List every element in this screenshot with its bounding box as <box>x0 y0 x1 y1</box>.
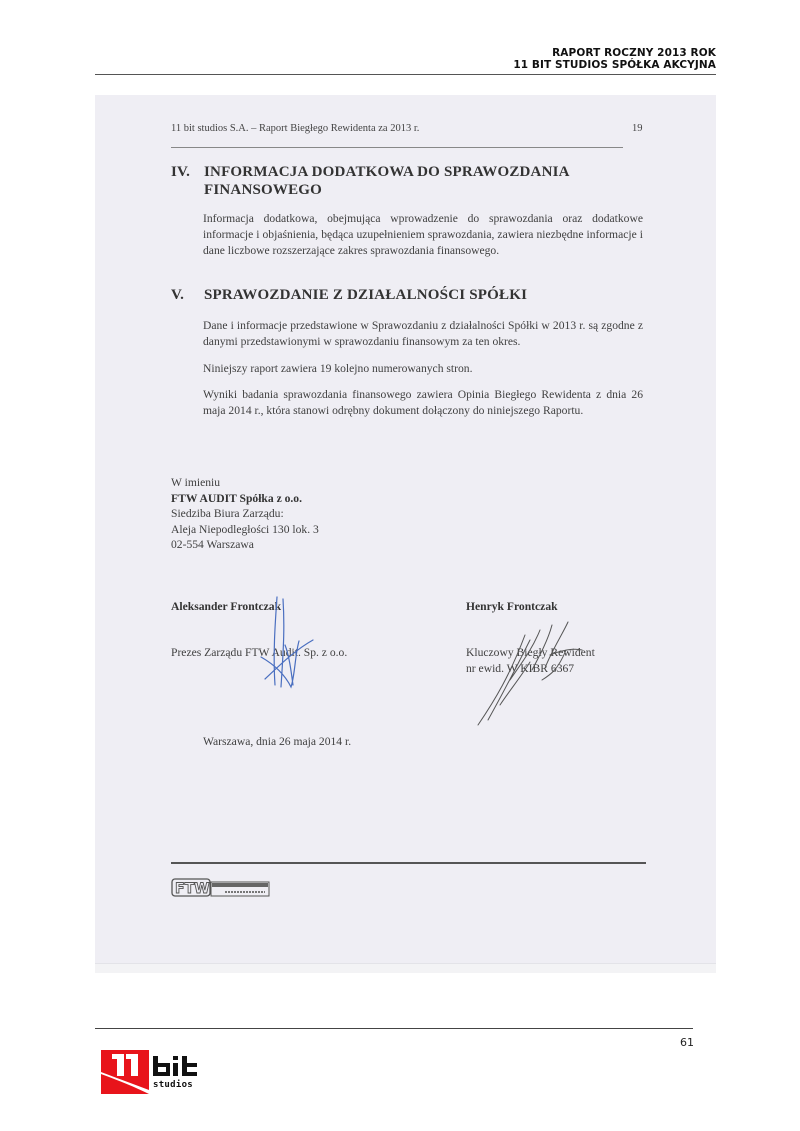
signatory-2-role-line2: nr ewid. W KIBR 6367 <box>466 661 595 677</box>
signatory-1-name: Aleksander Frontczak <box>171 600 281 613</box>
section-4-paragraph: Informacja dodatkowa, obejmująca wprowad… <box>203 211 643 259</box>
street-address: Aleja Niepodległości 130 lok. 3 <box>171 522 319 538</box>
signatory-2-role-line1: Kluczowy Biegły Rewident <box>466 645 595 661</box>
svg-text:FTW: FTW <box>175 881 210 897</box>
section-4-title: INFORMACJA DODATKOWA DO SPRAWOZDANIA FIN… <box>204 163 604 199</box>
city-address: 02-554 Warszawa <box>171 537 319 553</box>
header-divider <box>95 74 716 75</box>
scanned-page-edge <box>95 963 716 973</box>
scan-page-number: 19 <box>632 123 643 134</box>
ftw-audit-logo-icon: FTW <box>171 876 271 900</box>
section-5-paragraph-3: Wyniki badania sprawozdania finansowego … <box>203 387 643 419</box>
signatory-2-role: Kluczowy Biegły Rewident nr ewid. W KIBR… <box>466 645 595 676</box>
signing-date: Warszawa, dnia 26 maja 2014 r. <box>203 735 351 748</box>
auditor-address: W imieniu FTW AUDIT Spółka z o.o. Siedzi… <box>171 475 319 553</box>
11bit-studios-logo-icon: studios <box>95 1046 225 1094</box>
section-5-paragraph-1: Dane i informacje przedstawione w Sprawo… <box>203 318 643 350</box>
report-header-line2: 11 BIT STUDIOS SPÓŁKA AKCYJNA <box>513 59 716 71</box>
svg-text:studios: studios <box>153 1079 193 1090</box>
report-header: RAPORT ROCZNY 2013 ROK 11 BIT STUDIOS SP… <box>513 47 716 71</box>
auditor-company: FTW AUDIT Spółka z o.o. <box>171 491 319 507</box>
signatory-2-name: Henryk Frontczak <box>466 600 558 613</box>
footer-divider <box>95 1028 693 1029</box>
section-4-number: IV. <box>171 163 190 181</box>
scan-header-divider <box>171 147 623 148</box>
signatory-1-role: Prezes Zarządu FTW Audit. Sp. z o.o. <box>171 645 347 661</box>
section-5-paragraph-2: Niniejszy raport zawiera 19 kolejno nume… <box>203 361 643 377</box>
report-header-line1: RAPORT ROCZNY 2013 ROK <box>513 47 716 59</box>
office-label: Siedziba Biura Zarządu: <box>171 506 319 522</box>
scan-running-header: 11 bit studios S.A. – Raport Biegłego Re… <box>171 123 419 134</box>
scan-footer-divider <box>171 862 646 864</box>
on-behalf-label: W imieniu <box>171 475 319 491</box>
section-5-number: V. <box>171 286 184 304</box>
section-5-title: SPRAWOZDANIE Z DZIAŁALNOŚCI SPÓŁKI <box>204 286 527 304</box>
page-number: 61 <box>680 1036 694 1049</box>
